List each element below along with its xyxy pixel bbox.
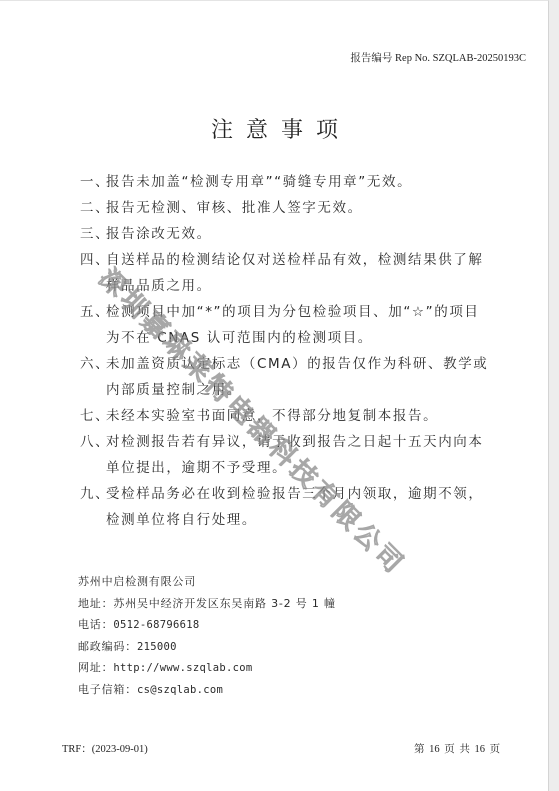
postcode-value: 215000 (137, 641, 177, 653)
notice-text: 报告未加盖“检测专用章”“骑缝专用章”无效。 (106, 169, 490, 195)
notice-number: 八、 (80, 429, 106, 481)
report-page: 报告编号 Rep No. SZQLAB-20250193C 注意事项 一、 报告… (0, 0, 549, 791)
trf-date: TRF：(2023-09-01) (62, 741, 148, 756)
notice-text: 对检测报告若有异议，请于收到报告之日起十五天内向本单位提出，逾期不予受理。 (106, 429, 490, 481)
notice-text: 检测项目中加“*”的项目为分包检验项目、加“☆”的项目为不在 CNAS 认可范围… (106, 299, 490, 351)
notice-item: 五、 检测项目中加“*”的项目为分包检验项目、加“☆”的项目为不在 CNAS 认… (80, 299, 490, 351)
email-label: 电子信箱： (78, 683, 137, 696)
page-title: 注意事项 (0, 113, 549, 144)
website-label: 网址： (78, 661, 113, 674)
report-number: 报告编号 Rep No. SZQLAB-20250193C (350, 50, 526, 65)
notice-text: 报告涂改无效。 (106, 221, 490, 247)
notice-number: 六、 (80, 351, 106, 403)
company-address: 地址：苏州吴中经济开发区东吴南路 3-2 号 1 幢 (78, 593, 336, 615)
phone-value: 0512-68796618 (113, 619, 199, 631)
notice-item: 二、 报告无检测、审核、批准人签字无效。 (80, 195, 490, 221)
notice-number: 七、 (80, 403, 106, 429)
notice-text: 自送样品的检测结论仅对送检样品有效，检测结果供了解样品品质之用。 (106, 247, 490, 299)
notice-text: 受检样品务必在收到检验报告三个月内领取，逾期不领，检测单位将自行处理。 (106, 481, 490, 533)
notice-text: 未加盖资质认定标志（CMA）的报告仅作为科研、教学或内部质量控制之用。 (106, 351, 490, 403)
notice-item: 八、 对检测报告若有异议，请于收到报告之日起十五天内向本单位提出，逾期不予受理。 (80, 429, 490, 481)
notice-item: 七、 未经本实验室书面同意，不得部分地复制本报告。 (80, 403, 490, 429)
address-value: 苏州吴中经济开发区东吴南路 3-2 号 1 幢 (113, 597, 335, 610)
page-number: 第 16 页 共 16 页 (414, 741, 500, 756)
company-phone: 电话：0512-68796618 (78, 614, 336, 636)
company-name: 苏州中启检测有限公司 (78, 571, 336, 593)
notice-number: 二、 (80, 195, 106, 221)
company-email: 电子信箱：cs@szqlab.com (78, 679, 336, 701)
notice-text: 未经本实验室书面同意，不得部分地复制本报告。 (106, 403, 490, 429)
notice-list: 一、 报告未加盖“检测专用章”“骑缝专用章”无效。 二、 报告无检测、审核、批准… (80, 169, 490, 533)
notice-item: 四、 自送样品的检测结论仅对送检样品有效，检测结果供了解样品品质之用。 (80, 247, 490, 299)
postcode-label: 邮政编码： (78, 640, 137, 653)
notice-number: 五、 (80, 299, 106, 351)
address-label: 地址： (78, 597, 113, 610)
notice-item: 一、 报告未加盖“检测专用章”“骑缝专用章”无效。 (80, 169, 490, 195)
notice-number: 一、 (80, 169, 106, 195)
company-postcode: 邮政编码：215000 (78, 636, 336, 658)
notice-item: 三、 报告涂改无效。 (80, 221, 490, 247)
phone-label: 电话： (78, 618, 113, 631)
notice-item: 六、 未加盖资质认定标志（CMA）的报告仅作为科研、教学或内部质量控制之用。 (80, 351, 490, 403)
notice-number: 九、 (80, 481, 106, 533)
company-website: 网址：http://www.szqlab.com (78, 657, 336, 679)
notice-item: 九、 受检样品务必在收到检验报告三个月内领取，逾期不领，检测单位将自行处理。 (80, 481, 490, 533)
email-link[interactable]: cs@szqlab.com (137, 684, 223, 696)
viewer-gutter (549, 0, 559, 791)
website-link[interactable]: http://www.szqlab.com (113, 662, 252, 674)
notice-text: 报告无检测、审核、批准人签字无效。 (106, 195, 490, 221)
notice-number: 四、 (80, 247, 106, 299)
company-info: 苏州中启检测有限公司 地址：苏州吴中经济开发区东吴南路 3-2 号 1 幢 电话… (78, 571, 336, 700)
notice-number: 三、 (80, 221, 106, 247)
